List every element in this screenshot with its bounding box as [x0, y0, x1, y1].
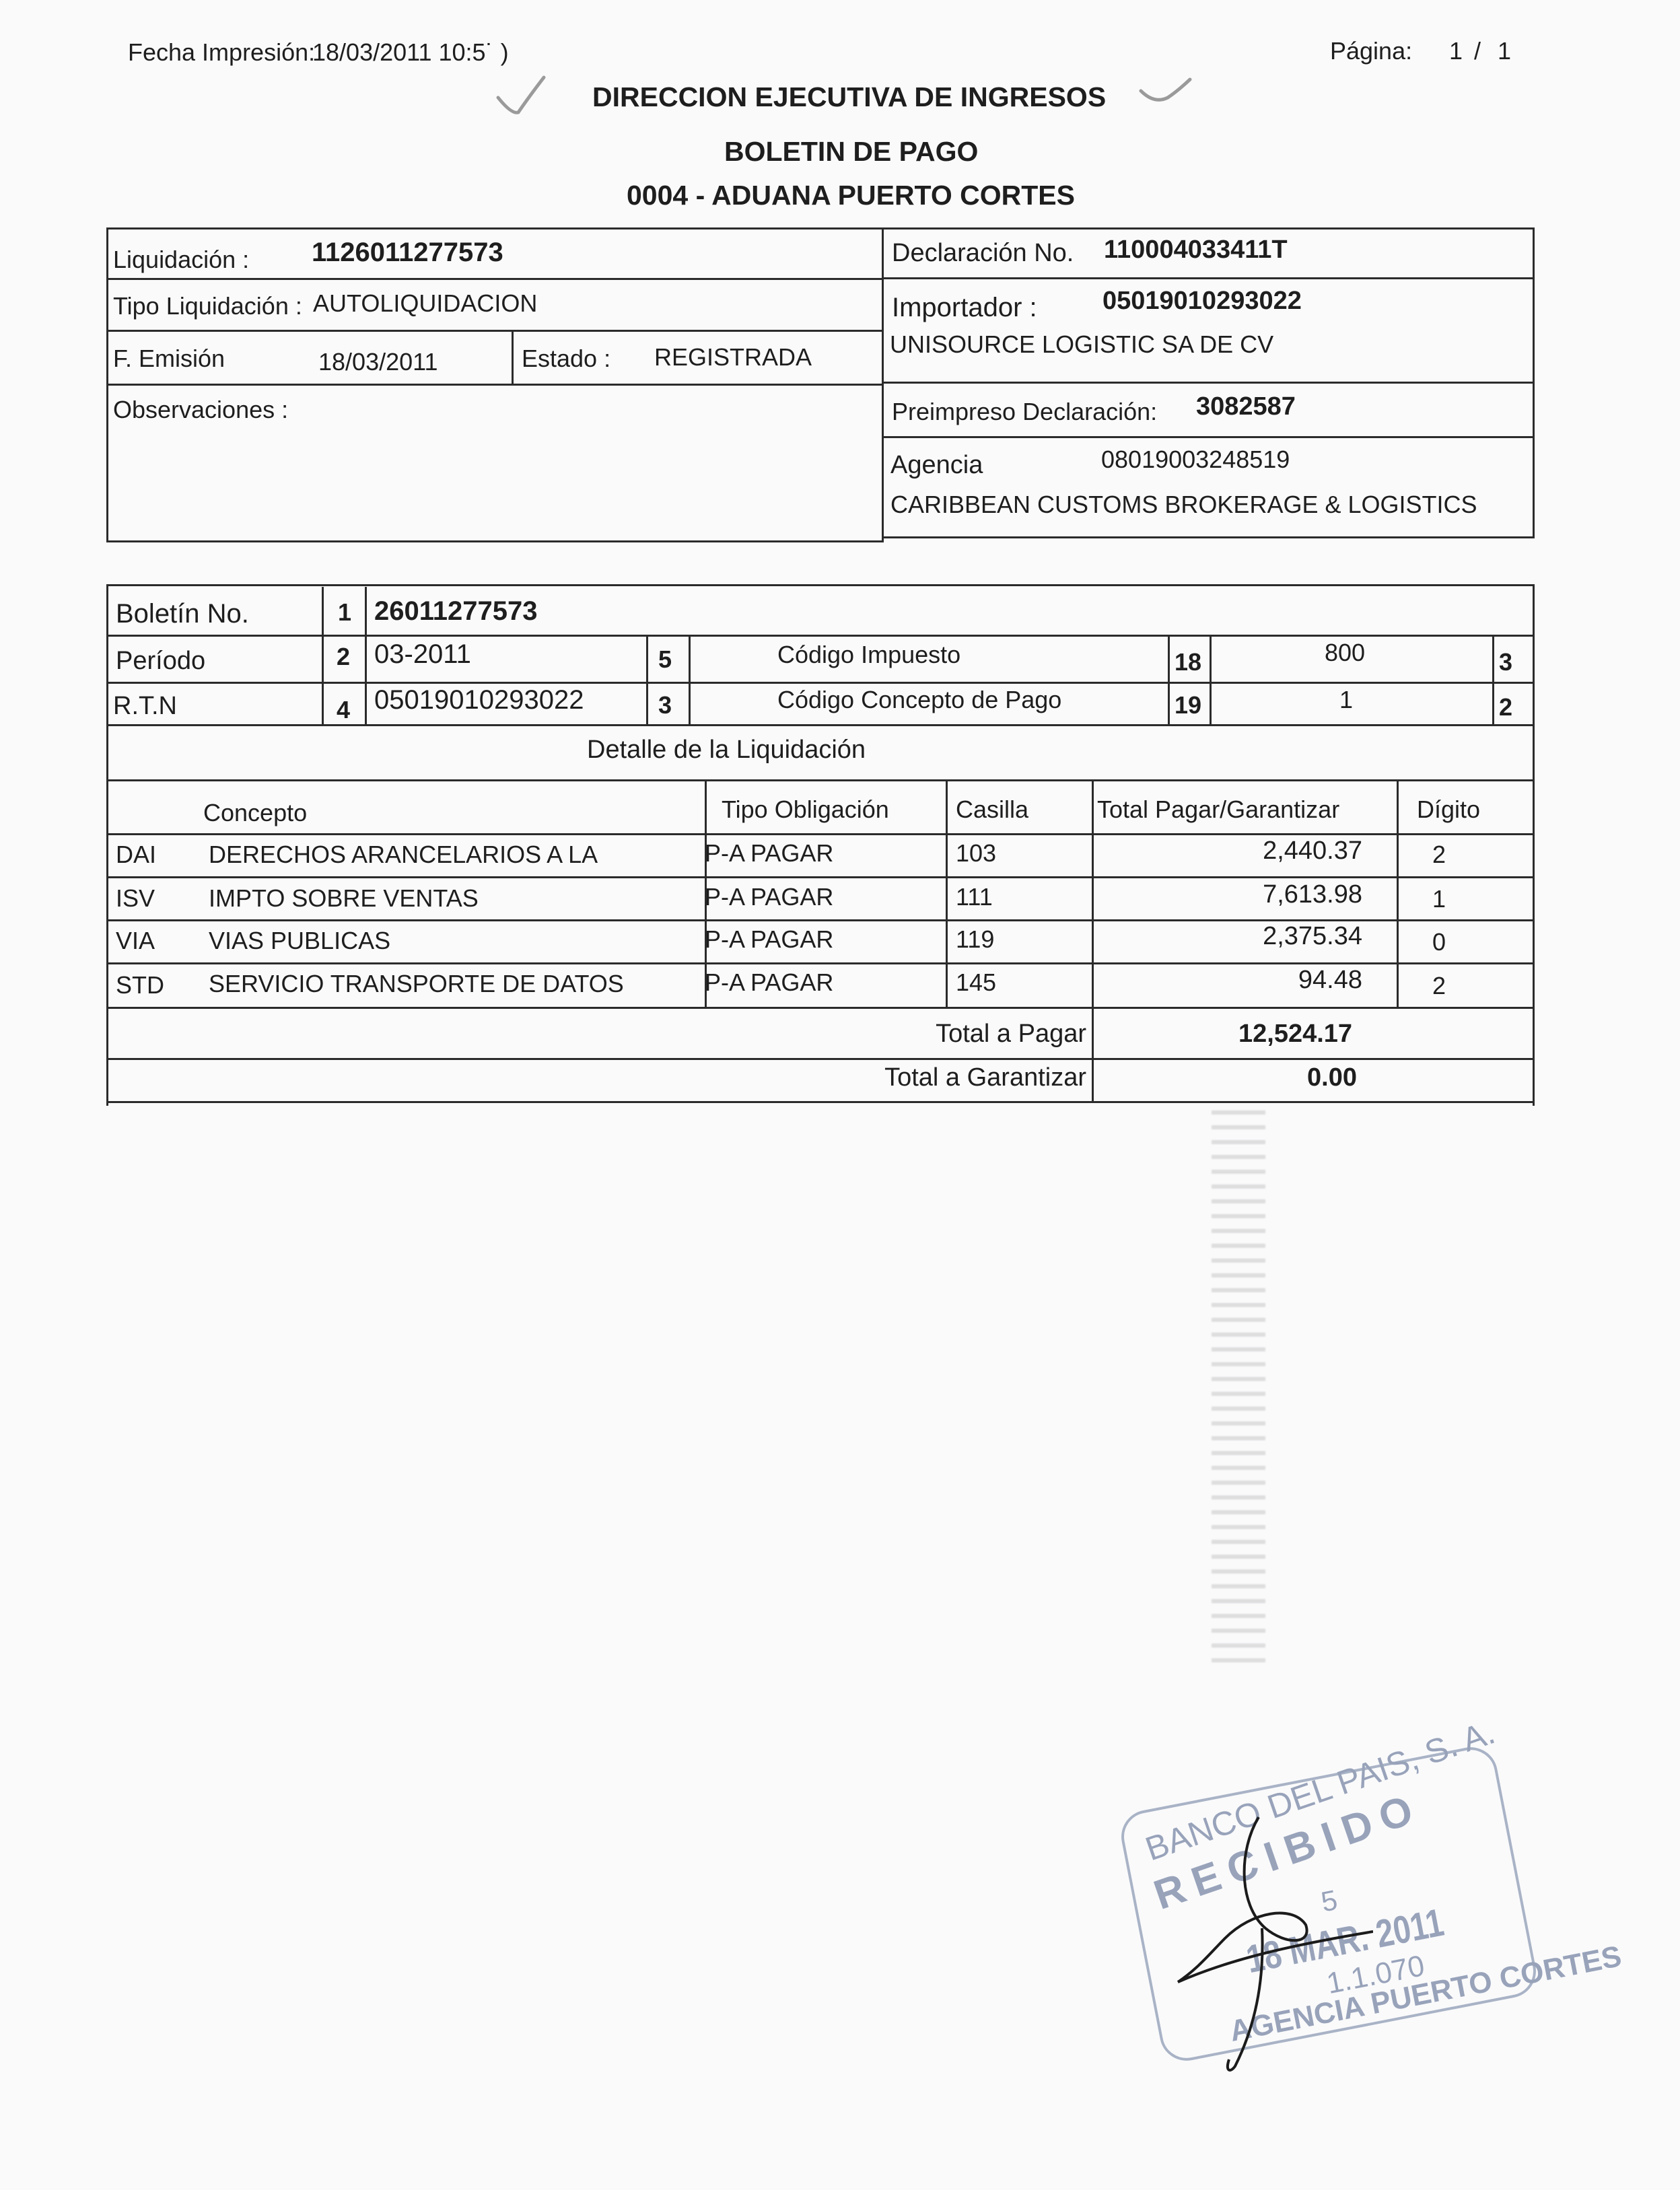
codigo-concepto-box-number: 19 — [1175, 693, 1201, 717]
customs-office-title: 0004 - ADUANA PUERTO CORTES — [627, 182, 1075, 209]
column-header-tipo: Tipo Obligación — [722, 798, 889, 822]
row-casilla: 145 — [956, 970, 996, 995]
estado-label: Estado : — [522, 347, 610, 371]
row-tipo: P-A PAGAR — [705, 970, 833, 995]
row-digito: 0 — [1432, 930, 1446, 954]
agencia-value: 08019003248519 — [1101, 448, 1290, 472]
row-digito: 2 — [1432, 843, 1446, 867]
codigo-concepto-check-digit: 2 — [1499, 695, 1512, 719]
declaracion-value: 110004033411T — [1104, 237, 1288, 262]
total-garantizar-label: Total a Garantizar — [884, 1065, 1086, 1090]
row-tipo: P-A PAGAR — [705, 841, 833, 866]
row-casilla: 103 — [956, 841, 996, 866]
row-casilla: 111 — [956, 885, 993, 909]
declaracion-label: Declaración No. — [892, 240, 1074, 266]
column-header-concepto: Concepto — [203, 801, 307, 825]
boletin-label: Boletín No. — [116, 600, 249, 627]
total-garantizar-value: 0.00 — [1307, 1065, 1357, 1090]
codigo-impuesto-label: Código Impuesto — [777, 643, 960, 667]
check-mark-icon — [1137, 74, 1198, 114]
row-tipo: P-A PAGAR — [705, 927, 833, 952]
row-code: VIA — [116, 929, 155, 953]
print-date-label: Fecha Impresión: — [128, 40, 315, 65]
page-separator: / — [1474, 39, 1481, 63]
emision-label: F. Emisión — [113, 347, 225, 371]
ink-smudge — [1212, 1110, 1265, 1662]
codigo-impuesto-value: 800 — [1325, 641, 1365, 665]
agencia-name: CARIBBEAN CUSTOMS BROKERAGE & LOGISTICS — [890, 493, 1477, 517]
row-tipo: P-A PAGAR — [705, 885, 833, 909]
rtn-box-number: 4 — [337, 698, 350, 722]
codigo-concepto-value: 1 — [1339, 688, 1353, 712]
row-total: 2,375.34 — [1263, 923, 1362, 949]
rtn-label: R.T.N — [113, 693, 177, 719]
agency-title: DIRECCION EJECUTIVA DE INGRESOS — [592, 83, 1106, 111]
boletin-value: 26011277573 — [374, 598, 538, 625]
periodo-box-number: 2 — [337, 645, 350, 669]
row-concepto: DERECHOS ARANCELARIOS A LA — [209, 843, 598, 867]
row-casilla: 119 — [956, 927, 994, 952]
total-pagar-value: 12,524.17 — [1238, 1021, 1352, 1047]
boletin-box-number: 1 — [338, 600, 351, 625]
total-pagar-label: Total a Pagar — [936, 1021, 1086, 1047]
document-title: BOLETIN DE PAGO — [724, 138, 978, 166]
check-mark-icon — [491, 71, 552, 125]
preimpreso-label: Preimpreso Declaración: — [892, 400, 1157, 424]
signature — [1171, 1810, 1373, 2080]
tipo-liquidacion-label: Tipo Liquidación : — [113, 294, 302, 318]
codigo-concepto-label: Código Concepto de Pago — [777, 688, 1061, 712]
row-total: 94.48 — [1298, 967, 1362, 993]
periodo-check-digit: 5 — [658, 647, 672, 672]
row-code: DAI — [116, 843, 156, 867]
estado-value: REGISTRADA — [654, 345, 812, 369]
row-concepto: SERVICIO TRANSPORTE DE DATOS — [209, 972, 624, 996]
emision-value: 18/03/2011 — [318, 350, 438, 374]
rtn-check-digit: 3 — [658, 693, 672, 717]
row-code: STD — [116, 973, 164, 997]
row-total: 2,440.37 — [1263, 838, 1362, 863]
importador-label: Importador : — [892, 294, 1037, 321]
rtn-value: 05019010293022 — [374, 686, 584, 713]
preimpreso-value: 3082587 — [1196, 394, 1296, 419]
page-current: 1 — [1449, 39, 1463, 63]
periodo-label: Período — [116, 648, 205, 674]
column-header-total: Total Pagar/Garantizar — [1097, 798, 1339, 822]
liquidacion-value: 1126011277573 — [312, 239, 503, 266]
row-concepto: IMPTO SOBRE VENTAS — [209, 886, 479, 911]
print-date-value: 18/03/2011 10:5˙ ) — [312, 40, 509, 65]
agencia-label: Agencia — [890, 452, 983, 478]
importador-name: UNISOURCE LOGISTIC SA DE CV — [890, 332, 1273, 357]
page-label: Página: — [1330, 39, 1412, 63]
codigo-impuesto-check-digit: 3 — [1499, 650, 1512, 674]
column-header-digito: Dígito — [1417, 798, 1480, 822]
observaciones-label: Observaciones : — [113, 398, 288, 422]
periodo-value: 03-2011 — [374, 641, 471, 668]
row-digito: 1 — [1432, 887, 1446, 911]
page-total: 1 — [1498, 39, 1511, 63]
detail-title: Detalle de la Liquidación — [587, 737, 866, 763]
row-code: ISV — [116, 886, 155, 911]
importador-value: 05019010293022 — [1102, 288, 1302, 314]
codigo-impuesto-box-number: 18 — [1175, 650, 1201, 674]
row-concepto: VIAS PUBLICAS — [209, 929, 390, 953]
column-header-casilla: Casilla — [956, 798, 1028, 822]
row-digito: 2 — [1432, 974, 1446, 998]
liquidacion-label: Liquidación : — [113, 248, 249, 272]
tipo-liquidacion-value: AUTOLIQUIDACION — [313, 291, 537, 316]
row-total: 7,613.98 — [1263, 882, 1362, 907]
